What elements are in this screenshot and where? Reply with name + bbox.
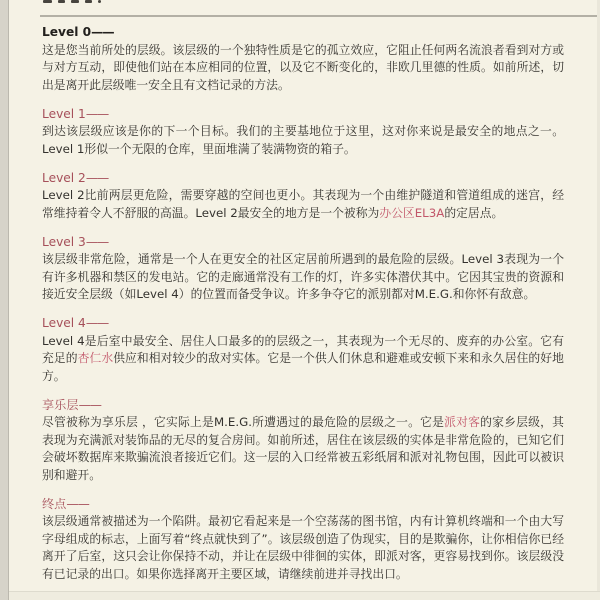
section-title-text: Level 4 [42,316,86,330]
section-title-dash: —— [86,107,108,121]
section-body: Level 2比前两层更危险，需要穿越的空间也更小。其表现为一个由维护隧道和管道… [42,187,564,222]
section-body: 这是您当前所处的层级。该层级的一个独特性质是它的孤立效应，它阻止任何两名流浪者看… [42,42,564,95]
section-title-dash: —— [86,171,108,185]
section-title-text: Level 2 [42,171,86,185]
section-title-dash: —— [91,25,113,39]
body-text: 的定居点。 [444,206,503,220]
clipped-glyph [71,0,79,3]
section-body: Level 4是后室中最安全、居住人口最多的的层级之一，其表现为一个无尽的、废弃… [42,333,564,386]
section-body: 该层级非常危险，通常是一个人在更安全的社区定居前所遇到的最危险的层级。Level… [42,251,564,304]
body-text: 这是您当前所处的层级。该层级的一个独特性质是它的孤立效应，它阻止任何两名流浪者看… [42,43,564,92]
section-title: Level 4—— [42,315,564,333]
level-section: Level 3—— 该层级非常危险，通常是一个人在更安全的社区定居前所遇到的最危… [42,234,564,304]
clipped-glyph [43,0,52,3]
section-title: 终点—— [42,496,564,514]
section-title: Level 1—— [42,106,564,124]
level-section: Level 1—— 到达该层级应该是你的下一个目标。我们的主要基地位于这里，这对… [42,106,564,159]
body-text: 该层级非常危险，通常是一个人在更安全的社区定居前所遇到的最危险的层级。Level… [42,252,564,301]
section-body: 该层级通常被描述为一个陷阱。最初它看起来是一个空荡荡的图书馆，内有计算机终端和一… [42,513,564,583]
top-divider [40,15,597,17]
body-text: 尽管被称为享乐层 ，它实际上是M.E.G.所遭遇过的最危险的层级之一。它是 [42,415,444,429]
clipped-glyph [85,0,92,3]
clipped-glyph [58,0,65,3]
bottom-edge [9,591,600,600]
section-body: 尽管被称为享乐层 ，它实际上是M.E.G.所遭遇过的最危险的层级之一。它是派对客… [42,414,564,484]
level-section: Level 0—— 这是您当前所处的层级。该层级的一个独特性质是它的孤立效应，它… [42,24,564,94]
inline-link[interactable]: 杏仁水 [78,351,114,365]
inline-link[interactable]: 派对客 [444,415,480,429]
section-title-text: Level 3 [42,235,86,249]
section-title: Level 3—— [42,234,564,252]
section-title-text: Level 0 [42,25,91,39]
level-section: 享乐层—— 尽管被称为享乐层 ，它实际上是M.E.G.所遭遇过的最危险的层级之一… [42,397,564,485]
section-title-dash: —— [86,316,108,330]
body-text: 供应和相对较少的敌对实体。它是一个供人们休息和避难或安顿下来和永久居住的好地方。 [42,351,564,383]
inline-link[interactable]: 办公区EL3A [379,206,444,220]
level-section: Level 2—— Level 2比前两层更危险，需要穿越的空间也更小。其表现为… [42,170,564,223]
document-content: Level 0—— 这是您当前所处的层级。该层级的一个独特性质是它的孤立效应，它… [42,24,564,595]
section-title-dash: —— [86,235,108,249]
section-body: 到达该层级应该是你的下一个目标。我们的主要基地位于这里，这对你来说是最安全的地点… [42,123,564,158]
section-title: Level 0—— [42,24,564,42]
section-title-dash: —— [66,497,88,511]
section-title: Level 2—— [42,170,564,188]
body-text: 到达该层级应该是你的下一个目标。我们的主要基地位于这里，这对你来说是最安全的地点… [42,124,564,156]
section-title-text: Level 1 [42,107,86,121]
section-title-text: 享乐层 [42,398,79,412]
left-edge [0,0,9,600]
section-title: 享乐层—— [42,397,564,415]
clipped-text-fragment [43,0,101,5]
level-section: 终点—— 该层级通常被描述为一个陷阱。最初它看起来是一个空荡荡的图书馆，内有计算… [42,496,564,584]
document-page: Level 0—— 这是您当前所处的层级。该层级的一个独特性质是它的孤立效应，它… [0,0,600,600]
section-title-dash: —— [79,398,101,412]
body-text: 该层级通常被描述为一个陷阱。最初它看起来是一个空荡荡的图书馆，内有计算机终端和一… [42,514,564,581]
section-title-text: 终点 [42,497,66,511]
level-section: Level 4—— Level 4是后室中最安全、居住人口最多的的层级之一，其表… [42,315,564,385]
clipped-glyph [98,0,101,3]
